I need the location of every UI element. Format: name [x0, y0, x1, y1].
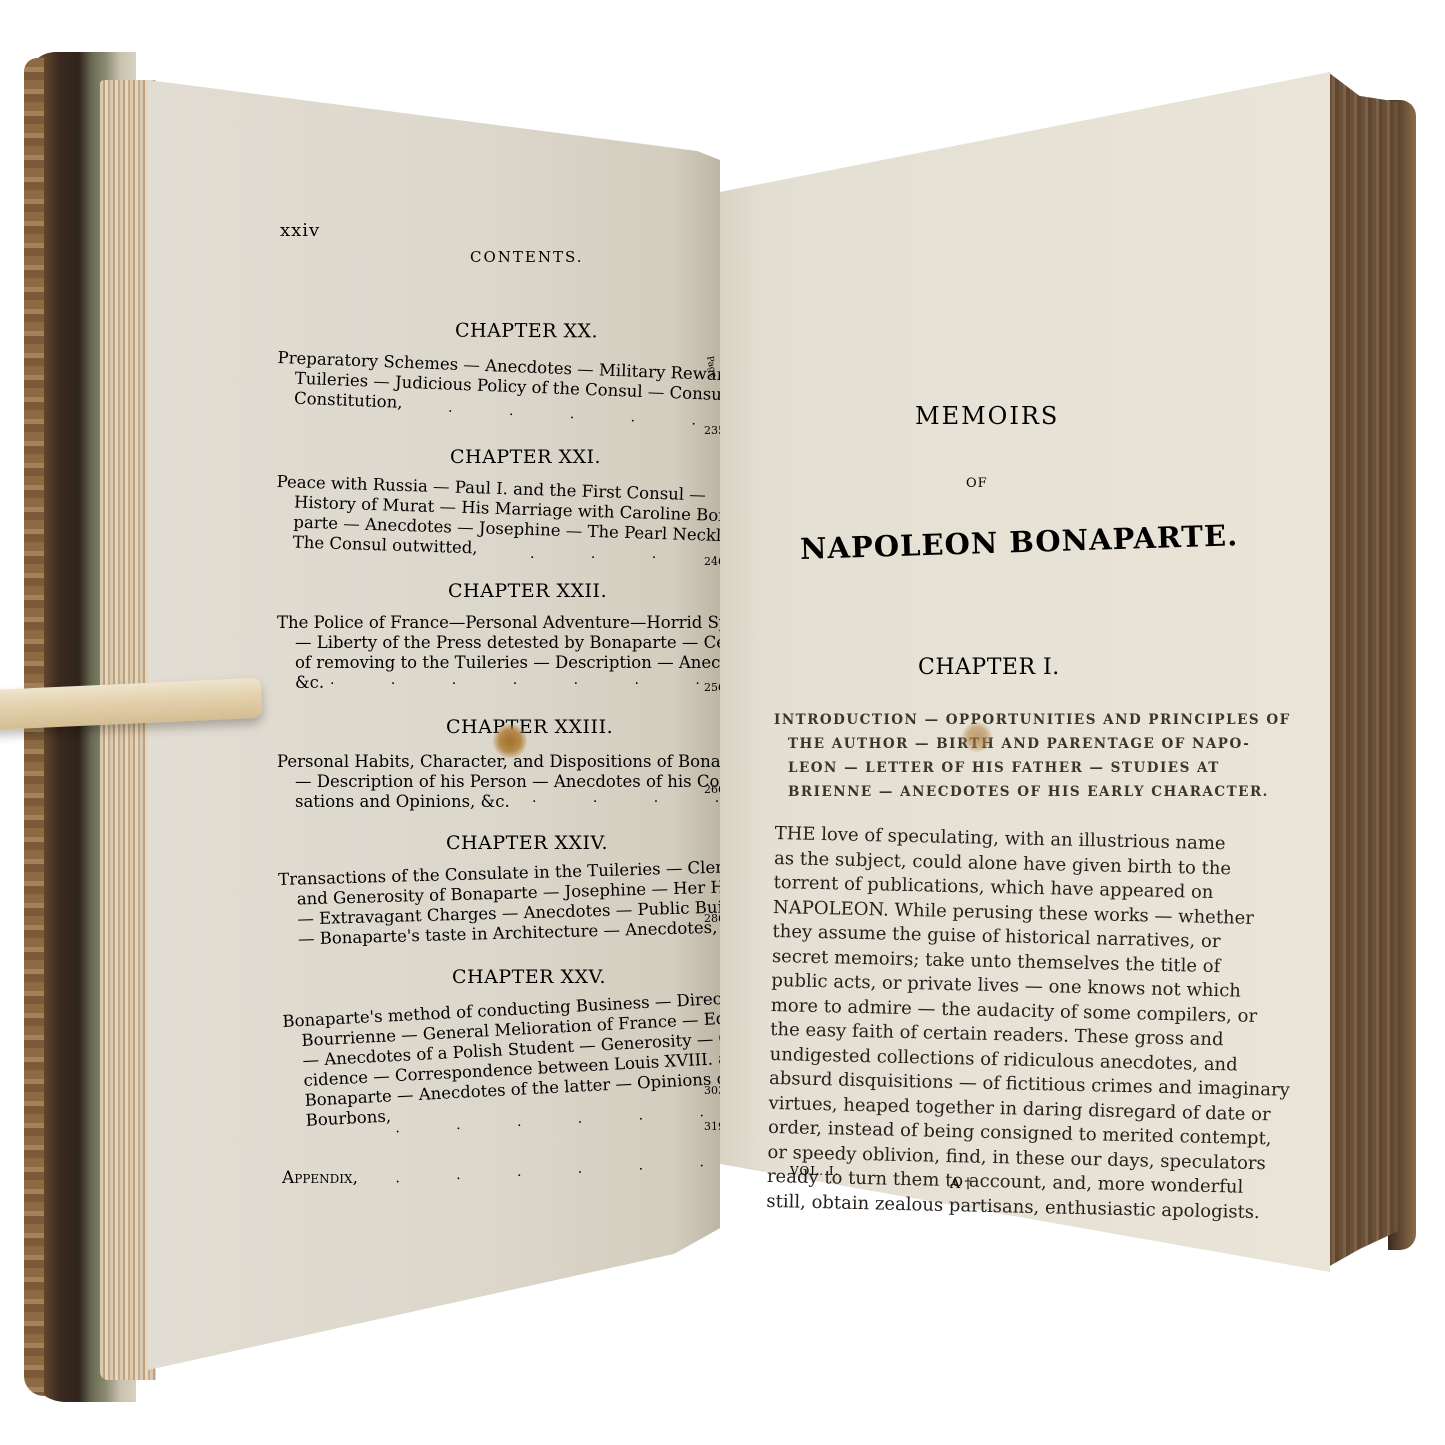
running-head-title: CONTENTS. — [470, 248, 584, 266]
title-memoirs: MEMOIRS — [915, 402, 1059, 430]
running-head-page-number: xxiv — [280, 220, 320, 241]
chapter-heading: CHAPTER XXIII. — [446, 716, 613, 738]
foxing-stain — [962, 722, 992, 752]
open-book-photo: xxiv CONTENTS. CHAPTER XX. Page Preparat… — [0, 0, 1445, 1445]
entry-line: — Liberty of the Press detested by Bonap… — [277, 633, 789, 653]
appendix-label: Appendix, — [282, 1168, 358, 1188]
summary-line: BRIENNE — ANECDOTES OF HIS EARLY CHARACT… — [774, 780, 1291, 804]
entry-line: The Police of France—Personal Adventure—… — [277, 613, 789, 633]
left-page-edges — [100, 80, 156, 1380]
chapter-heading: CHAPTER XXI. — [450, 446, 601, 468]
summary-line: THE AUTHOR — BIRTH AND PARENTAGE OF NAPO… — [774, 732, 1291, 756]
summary-line: LEON — LETTER OF HIS FATHER — STUDIES AT — [774, 756, 1291, 780]
chapter-heading: CHAPTER XXII. — [448, 580, 607, 602]
footer-volume: VOL. I. — [790, 1164, 839, 1178]
entry-line: — Description of his Person — Anecdotes … — [277, 772, 765, 792]
right-page-edges — [1328, 72, 1398, 1267]
chapter-heading: CHAPTER XXIV. — [446, 832, 608, 854]
entry-line: of removing to the Tuileries — Descripti… — [277, 653, 789, 673]
chapter-heading: CHAPTER XXV. — [452, 966, 606, 988]
contents-entry: Transactions of the Consulate in the Tui… — [278, 856, 774, 950]
chapter-heading: CHAPTER I. — [918, 655, 1060, 680]
footer-signature-mark: A † — [950, 1176, 972, 1192]
chapter-summary: INTRODUCTION — OPPORTUNITIES AND PRINCIP… — [774, 708, 1291, 804]
chapter-body-text: THE love of speculating, with an illustr… — [766, 822, 1295, 1226]
chapter-heading: CHAPTER XX. — [455, 320, 598, 343]
entry-line: Personal Habits, Character, and Disposit… — [277, 752, 765, 772]
title-of: OF — [966, 476, 988, 491]
summary-line: INTRODUCTION — OPPORTUNITIES AND PRINCIP… — [774, 708, 1291, 732]
